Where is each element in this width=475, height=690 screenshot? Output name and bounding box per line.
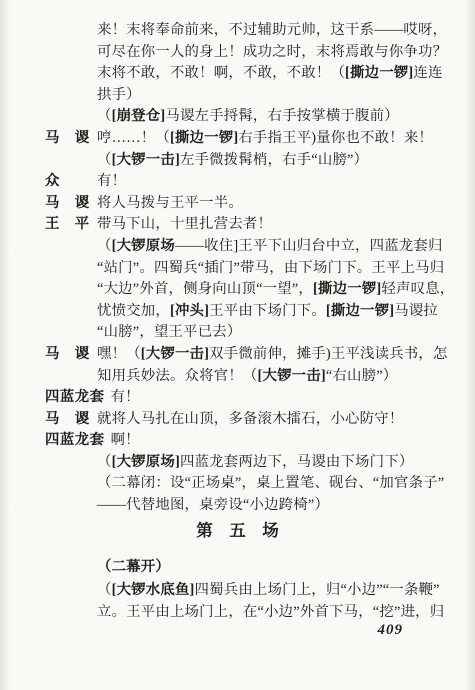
dialogue-text: ——代替地图，桌旁设“小边跨椅”） — [97, 495, 447, 517]
speaker-name: 王 平 — [45, 214, 97, 236]
dialogue-text: 带马下山，十里扎营去者！ — [97, 214, 447, 236]
dialogue-text: （二幕闭：设“正场桌”，桌上置笔、砚台、“加官条子” — [97, 473, 447, 495]
dialogue-text: 立。王平由上场门上，在“小边”外首下马，“挖”进，归 — [97, 601, 447, 624]
dialogue-text: 啊！ — [111, 430, 447, 452]
speaker-name: 众 — [45, 171, 97, 193]
scene-heading: 第 五 场 — [0, 520, 475, 542]
script-line: 来！末将奉命前来，不过辅助元帅，这干系——哎呀， — [45, 20, 447, 42]
dialogue-text: （[大锣原场——收住]王平下山归台中立，四蓝龙套归 — [97, 236, 447, 258]
script-line: 拱手） — [45, 85, 447, 107]
script-line: 末将不敢，不敢！啊，不敢，不敢！（[撕边一锣]连连 — [45, 63, 447, 85]
dialogue-text: （[大锣原场]四蓝龙套两边下，马谡由下场门下） — [97, 452, 447, 474]
speaker-name: 四蓝龙套 — [45, 387, 111, 409]
speaker-name: 四蓝龙套 — [45, 430, 111, 452]
script-line: 可尽在你一人的身上！成功之时，末将焉敢与你争功？ — [45, 42, 447, 64]
script-line: （[崩登仓]马谡左手捋髯，右手按掌横于腹前） — [45, 106, 447, 128]
dialogue-text: （[崩登仓]马谡左手捋髯，右手按掌横于腹前） — [97, 106, 447, 128]
script-line: 四蓝龙套啊！ — [45, 430, 447, 452]
dialogue-text: “大边”外首，侧身向山顶“一望”，[撕边一锣]轻声叹息， — [97, 279, 454, 301]
dialogue-text: （[大锣水底鱼]四蜀兵由上场门上，归“小边”“一条鞭” — [97, 579, 447, 602]
script-line: 立。王平由上场门上，在“小边”外首下马，“挖”进，归 — [45, 601, 447, 624]
dialogue-text: 嘿！（[大锣一击]双手微前伸，摊手)王平浅读兵书，怎 — [97, 344, 448, 366]
dialogue-text: 来！末将奉命前来，不过辅助元帅，这干系——哎呀， — [97, 20, 447, 42]
dialogue-text: “站门”。四蜀兵“插门”带马，由下场门下。王平上马归 — [97, 258, 447, 280]
script-line: （[大锣水底鱼]四蜀兵由上场门上，归“小边”“一条鞭” — [45, 579, 447, 602]
script-line: “站门”。四蜀兵“插门”带马，由下场门下。王平上马归 — [45, 258, 447, 280]
script-line: “大边”外首，侧身向山顶“一望”，[撕边一锣]轻声叹息， — [45, 279, 447, 301]
dialogue-text: 有！ — [97, 171, 447, 193]
script-line: 王 平带马下山，十里扎营去者！ — [45, 214, 447, 236]
script-line: “山膀”，望王平已去） — [45, 322, 447, 344]
dialogue-text: 有！ — [111, 387, 447, 409]
script-block-scene5: （二幕开）（[大锣水底鱼]四蜀兵由上场门上，归“小边”“一条鞭”立。王平由上场门… — [45, 556, 447, 624]
script-line: 马 谡将人马拨与王平一半。 — [45, 193, 447, 215]
speaker-name: 马 谡 — [45, 193, 97, 215]
script-line: ——代替地图，桌旁设“小边跨椅”） — [45, 495, 447, 517]
dialogue-text: （二幕开） — [97, 556, 447, 579]
dialogue-text: 哼……！（[撕边一锣]右手指王平)量你也不敢！来！ — [97, 128, 447, 150]
script-line: （二幕闭：设“正场桌”，桌上置笔、砚台、“加官条子” — [45, 473, 447, 495]
script-line: （[大锣原场——收住]王平下山归台中立，四蓝龙套归 — [45, 236, 447, 258]
speaker-name: 马 谡 — [45, 128, 97, 150]
script-line: 马 谡哼……！（[撕边一锣]右手指王平)量你也不敢！来！ — [45, 128, 447, 150]
dialogue-text: “山膀”，望王平已去） — [97, 322, 447, 344]
script-line: （[大锣原场]四蓝龙套两边下，马谡由下场门下） — [45, 452, 447, 474]
dialogue-text: 拱手） — [97, 85, 447, 107]
script-line: 马 谡嘿！（[大锣一击]双手微前伸，摊手)王平浅读兵书，怎 — [45, 344, 447, 366]
dialogue-text: 可尽在你一人的身上！成功之时，末将焉敢与你争功？ — [97, 42, 447, 64]
dialogue-text: 末将不敢，不敢！啊，不敢，不敢！（[撕边一锣]连连 — [97, 63, 447, 85]
script-line: （[大锣一击]左手微拨髯梢，右手“山膀”） — [45, 150, 447, 172]
script-line: 马 谡就将人马扎在山顶，多备滚木擂石，小心防守！ — [45, 409, 447, 431]
dialogue-text: 忧愤交加，[冲头]王平由下场门下。[撕边一锣]马谡拉 — [97, 301, 447, 323]
dialogue-text: 就将人马扎在山顶，多备滚木擂石，小心防守！ — [97, 409, 447, 431]
script-line: 众有！ — [45, 171, 447, 193]
book-page: 来！末将奉命前来，不过辅助元帅，这干系——哎呀，可尽在你一人的身上！成功之时，末… — [0, 0, 475, 690]
script-line: （二幕开） — [45, 556, 447, 579]
dialogue-text: （[大锣一击]左手微拨髯梢，右手“山膀”） — [97, 150, 447, 172]
script-line: 知用兵妙法。众将官！（[大锣一击]“右山膀”） — [45, 366, 447, 388]
dialogue-text: 知用兵妙法。众将官！（[大锣一击]“右山膀”） — [97, 366, 447, 388]
script-block-scene4: 来！末将奉命前来，不过辅助元帅，这干系——哎呀，可尽在你一人的身上！成功之时，末… — [45, 20, 447, 517]
dialogue-text: 将人马拨与王平一半。 — [97, 193, 447, 215]
page-number: 409 — [378, 622, 404, 639]
speaker-name: 马 谡 — [45, 409, 97, 431]
speaker-name: 马 谡 — [45, 344, 97, 366]
script-line: 忧愤交加，[冲头]王平由下场门下。[撕边一锣]马谡拉 — [45, 301, 447, 323]
script-line: 四蓝龙套有！ — [45, 387, 447, 409]
